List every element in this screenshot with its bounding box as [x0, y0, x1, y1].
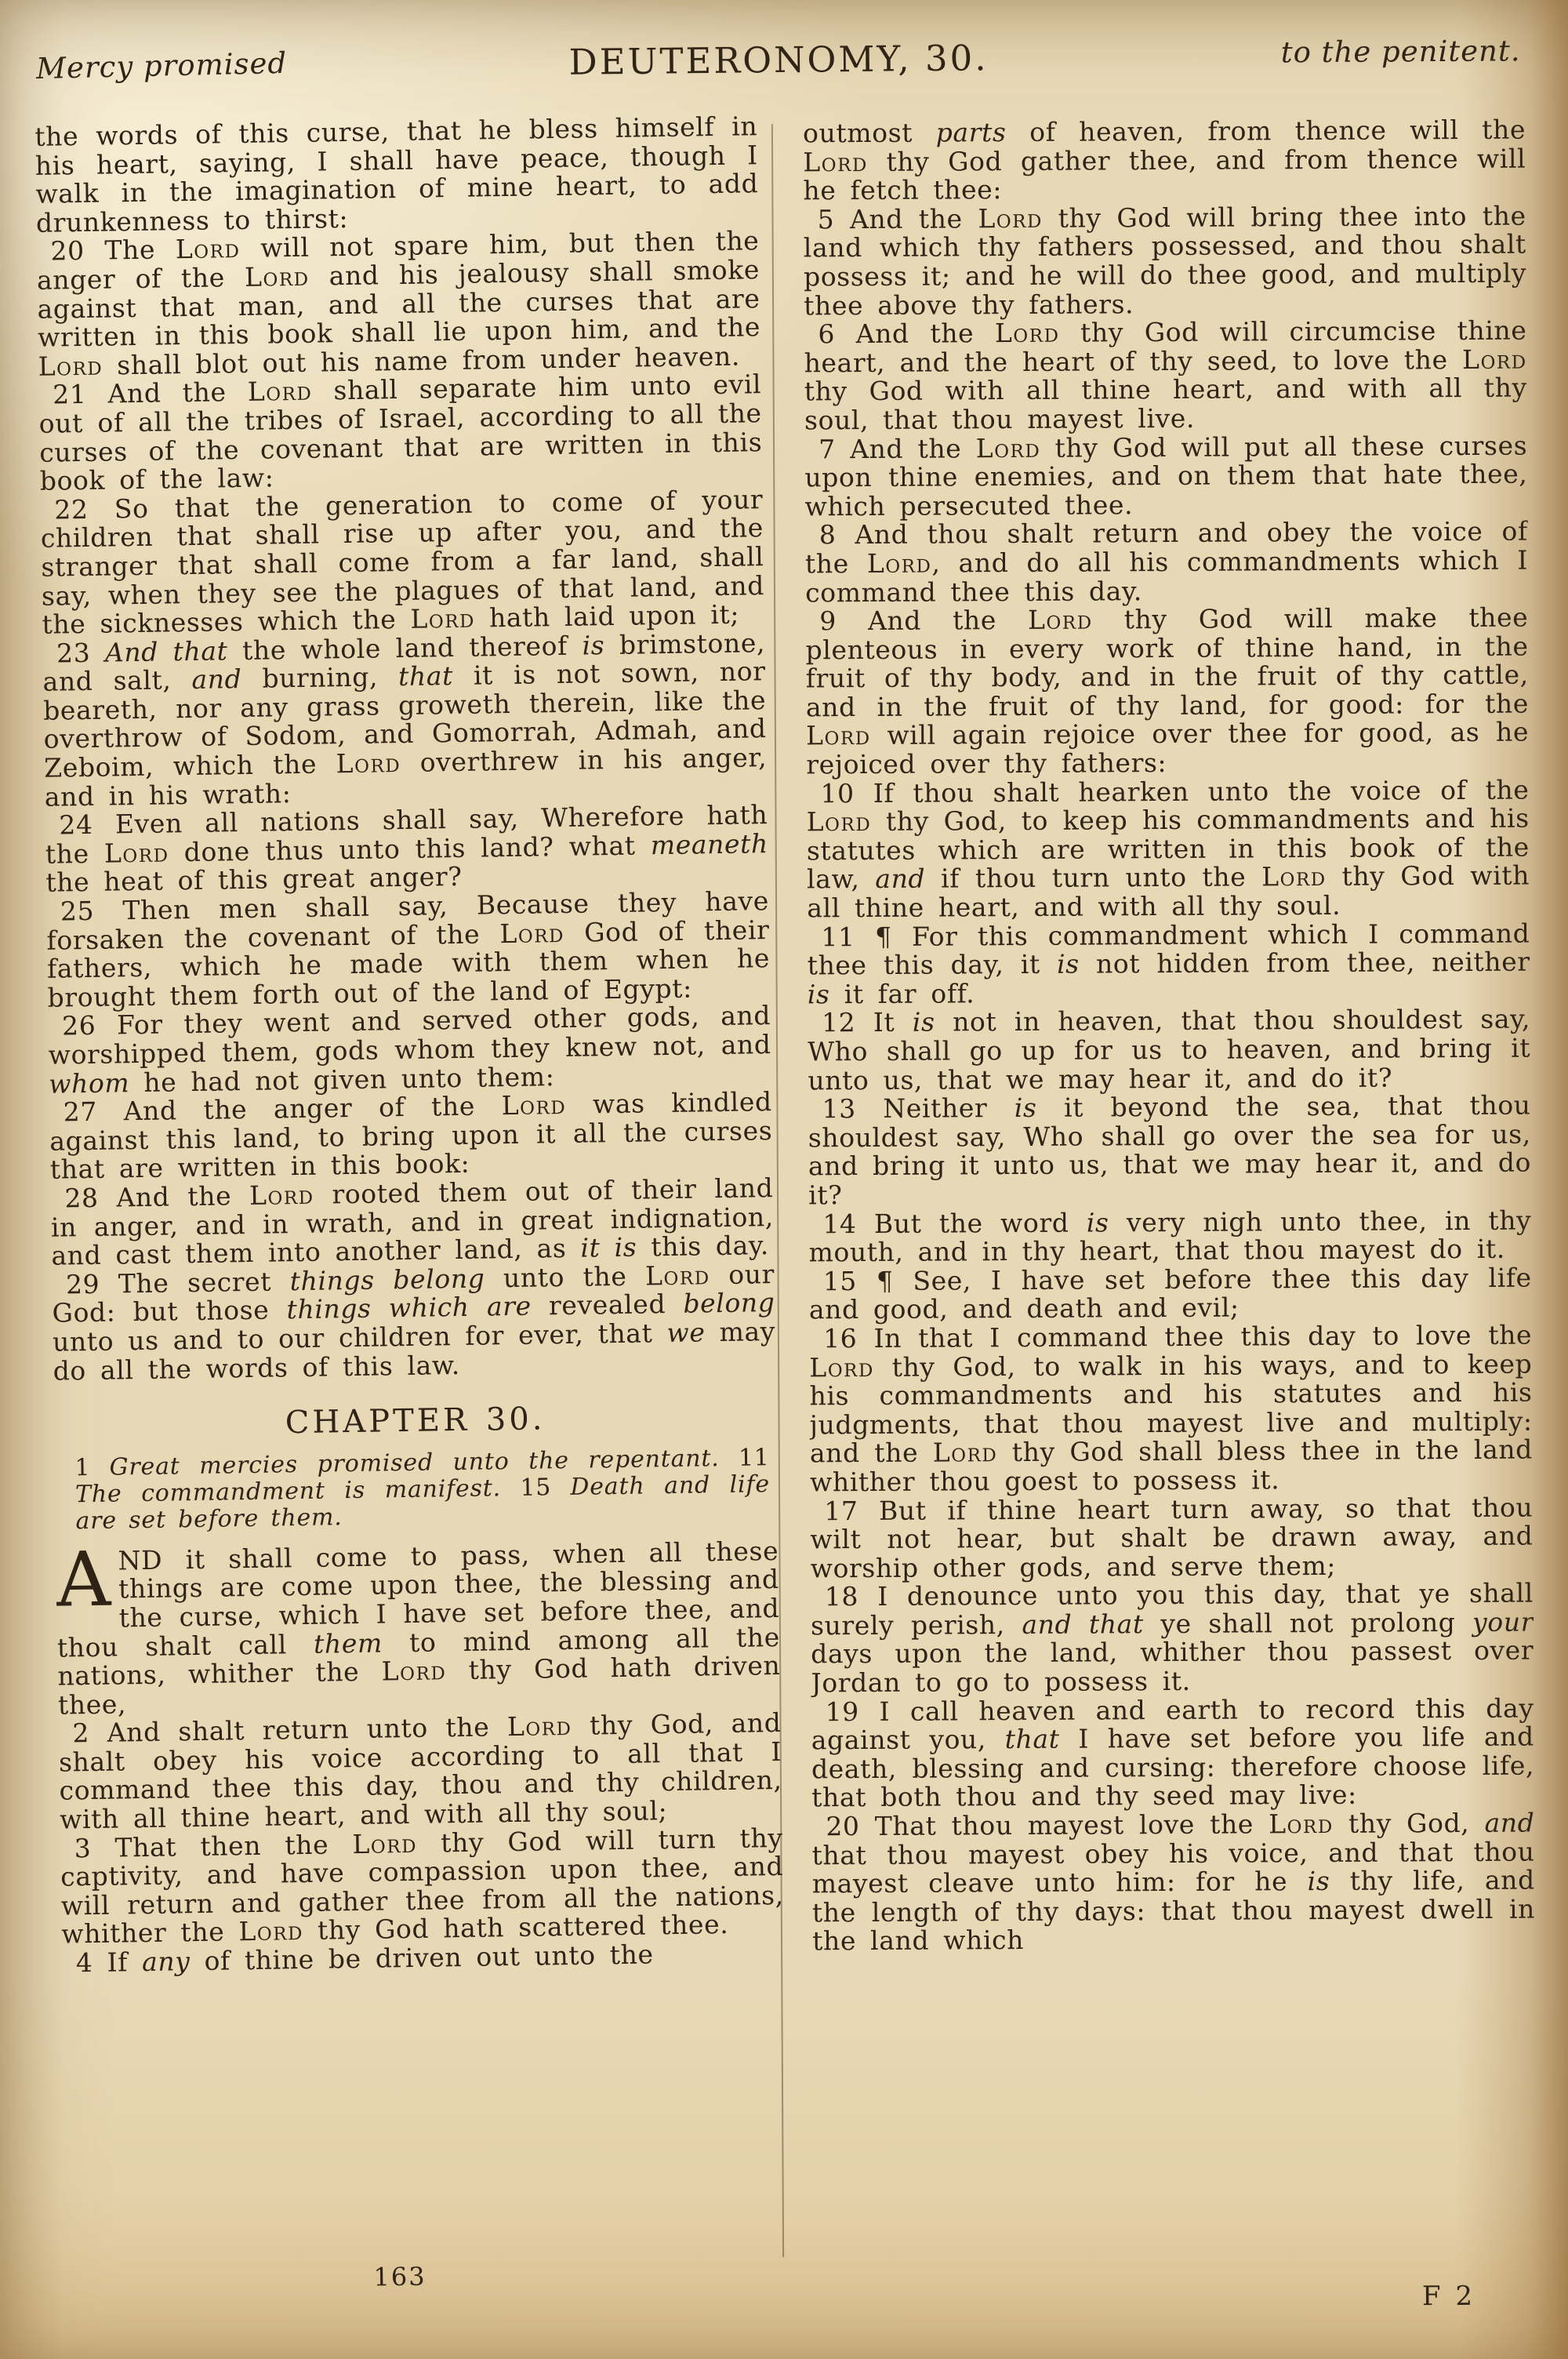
verse-paragraph: 15 ¶ See, I have set before thee this da…	[809, 1263, 1532, 1325]
small-caps-word: Lord	[1462, 343, 1527, 374]
italic-word: and	[1484, 1808, 1534, 1838]
small-caps-word: Lord	[352, 1828, 417, 1859]
small-caps-word: Lord	[507, 1710, 572, 1742]
page-body: the words of this curse, that he bless h…	[34, 118, 1526, 2268]
small-caps-word: Lord	[248, 376, 313, 407]
verse-paragraph: 26 For they went and served other gods, …	[48, 1001, 772, 1098]
italic-word: is	[913, 1007, 935, 1038]
page-number: 163	[282, 2260, 518, 2293]
italic-word: your	[1472, 1606, 1534, 1637]
italic-word: is	[1087, 1207, 1109, 1238]
verse-paragraph: 25 Then men shall say, Because they have…	[46, 887, 771, 1012]
italic-word: things which are	[286, 1291, 532, 1325]
small-caps-word: Lord	[176, 233, 241, 264]
italic-word: whom	[49, 1067, 130, 1100]
signature-mark: F 2	[1422, 2281, 1475, 2312]
verse-paragraph: 13 Neither is it beyond the sea, that th…	[808, 1092, 1532, 1210]
small-caps-word: Lord	[978, 203, 1043, 234]
verse-paragraph: 7 And the Lord thy God will put all thes…	[804, 431, 1528, 522]
verse-paragraph: 3 That then the Lord thy God will turn t…	[60, 1824, 784, 1950]
small-caps-word: Lord	[976, 432, 1041, 463]
scanned-bible-page: Mercy promised DEUTERONOMY, 30. to the p…	[0, 0, 1568, 2359]
small-caps-word: Lord	[809, 1351, 874, 1382]
verse-paragraph: 18 I denounce unto you this day, that ye…	[811, 1579, 1534, 1698]
small-caps-word: Lord	[104, 837, 169, 868]
verse-paragraph: 5 And the Lord thy God will bring thee i…	[804, 202, 1527, 320]
small-caps-word: Lord	[1028, 605, 1093, 635]
verse-paragraph: 20 The Lord will not spare him, but then…	[36, 227, 761, 382]
small-caps-word: Lord	[336, 747, 401, 779]
verse-paragraph: 19 I call heaven and earth to record thi…	[811, 1694, 1535, 1812]
small-caps-word: Lord	[249, 1179, 314, 1211]
running-head-right: to the penitent.	[988, 34, 1521, 71]
verse-paragraph: 23 And that the whole land thereof is br…	[42, 629, 768, 812]
verse-paragraph: AND it shall come to pass, when all thes…	[56, 1537, 781, 1720]
verse-paragraph: 16 In that I command thee this day to lo…	[809, 1321, 1533, 1497]
italic-word: and	[191, 663, 241, 695]
verse-paragraph: 9 And the Lord thy God will make thee pl…	[805, 604, 1529, 780]
chapter-heading: CHAPTER 30.	[53, 1401, 776, 1441]
small-caps-word: Lord	[806, 720, 871, 751]
italic-word: parts	[936, 117, 1007, 147]
small-caps-word: Lord	[995, 318, 1060, 348]
running-head-left: Mercy promised	[36, 40, 569, 85]
italic-word: any	[142, 1946, 191, 1977]
verse-paragraph: 11 ¶ For this commandment which I comman…	[807, 919, 1530, 1009]
verse-continuation: the words of this curse, that he bless h…	[34, 112, 759, 238]
page-title: DEUTERONOMY, 30.	[568, 37, 988, 83]
italic-word: meaneth	[651, 828, 769, 860]
verse-paragraph: 21 And the Lord shall separate him unto …	[38, 370, 763, 496]
verse-paragraph: 17 But if thine heart turn away, so that…	[810, 1493, 1534, 1583]
verse-paragraph: 12 It is not in heaven, that thou should…	[808, 1005, 1531, 1096]
italic-word: is	[808, 979, 830, 1009]
verse-paragraph: 6 And the Lord thy God will circumcise t…	[804, 317, 1527, 435]
small-caps-word: Lord	[501, 1089, 566, 1121]
verse-paragraph: 10 If thou shalt hearken unto the voice …	[806, 776, 1530, 923]
chapter-summary: 1 Great mercies promised unto the repent…	[54, 1445, 778, 1536]
italic-word: is	[1308, 1866, 1330, 1896]
italic-word: that	[1005, 1724, 1060, 1754]
italic-word: And that	[105, 635, 228, 667]
verse-paragraph: 28 And the Lord rooted them out of their…	[50, 1174, 775, 1270]
italic-word: belong	[683, 1287, 775, 1319]
italic-word: we	[666, 1317, 706, 1348]
running-head: Mercy promised DEUTERONOMY, 30. to the p…	[36, 27, 1521, 84]
small-caps-word: Lord	[410, 603, 475, 634]
small-caps-word: Lord	[645, 1259, 710, 1291]
small-caps-word: Lord	[1269, 1808, 1334, 1839]
italic-word: them	[314, 1627, 383, 1659]
italic-word: it is	[580, 1232, 637, 1263]
left-column: the words of this curse, that he bless h…	[34, 112, 789, 2273]
small-caps-word: Lord	[381, 1655, 446, 1686]
small-caps-word: Lord	[807, 806, 872, 837]
small-caps-word: Lord	[245, 261, 310, 293]
small-caps-word: Lord	[803, 147, 868, 177]
small-caps-word: Lord	[38, 350, 103, 381]
verse-paragraph: 20 That thou mayest love the Lord thy Go…	[811, 1809, 1535, 1957]
right-column: outmost parts of heaven, from thence wil…	[803, 116, 1537, 2270]
italic-word: is	[1014, 1092, 1037, 1123]
italic-word: is	[582, 630, 604, 660]
verse-paragraph: 27 And the anger of the Lord was kindled…	[49, 1088, 774, 1184]
small-caps-word: Lord	[499, 918, 564, 949]
verse-paragraph: 29 The secret things belong unto the Lor…	[52, 1260, 776, 1386]
verse-paragraph: 14 But the word is very nigh unto thee, …	[808, 1206, 1531, 1267]
small-caps-word: Lord	[933, 1437, 998, 1467]
small-caps-word: Lord	[238, 1915, 303, 1946]
italic-word: and	[875, 863, 925, 894]
italic-word: is	[1057, 949, 1080, 980]
verse-paragraph: 2 And shalt return unto the Lord thy God…	[58, 1709, 782, 1834]
verse-paragraph: 8 And thou shalt return and obey the voi…	[805, 518, 1529, 608]
italic-word: and that	[1022, 1608, 1144, 1640]
italic-word: that	[398, 660, 453, 692]
verse-continuation: outmost parts of heaven, from thence wil…	[803, 116, 1526, 206]
italic-word: The commandment is manifest.	[75, 1474, 502, 1508]
verse-paragraph: 22 So that the generation to come of you…	[40, 485, 765, 640]
small-caps-word: Lord	[867, 547, 932, 578]
verse-paragraph: 24 Even all nations shall say, Wherefore…	[45, 801, 769, 897]
drop-cap: A	[56, 1547, 118, 1607]
small-caps-word: Lord	[1261, 861, 1327, 892]
